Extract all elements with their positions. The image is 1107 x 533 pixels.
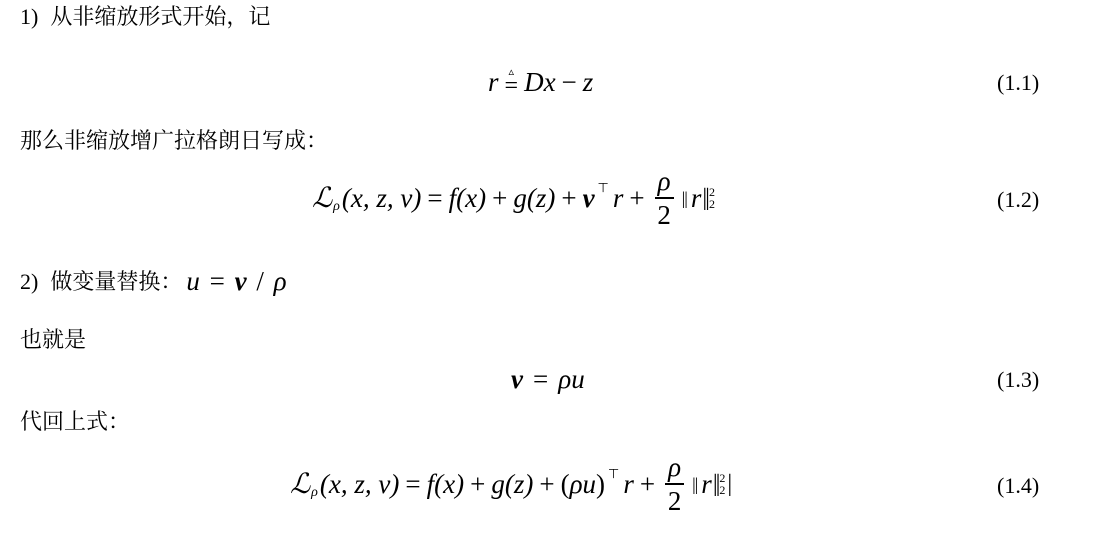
step2-math: u = ν / ρ <box>186 268 286 295</box>
eq1-4-r: r <box>623 471 634 498</box>
eq1-4-norm-sub: 2 <box>719 484 725 496</box>
eq1-1-z: z <box>583 69 594 96</box>
eq1-3-u: u <box>571 366 585 393</box>
step2-rho: ρ <box>274 266 287 296</box>
eq1-4-L: ℒ <box>290 470 310 498</box>
eq1-2-gz: (z) <box>527 185 556 212</box>
step2-text: 做变量替换： <box>50 271 182 293</box>
eq1-2-fx: (x) <box>456 185 486 212</box>
equation-number-1-4: (1.4) <box>997 475 1039 497</box>
eq1-4-fraction: ρ 2 <box>665 454 684 515</box>
eq1-3-nu: ν <box>511 366 523 393</box>
eq1-2-plus3: + <box>629 185 644 212</box>
equation-1-1: r ▵ = Dx − z <box>488 66 593 98</box>
eq1-2-norm-close: || <box>702 186 708 210</box>
eq1-3-rho: ρ <box>558 366 571 393</box>
eq1-3-equals: = <box>533 366 548 393</box>
eq1-4-paren-open: ( <box>561 471 570 498</box>
step2-line: 2)做变量替换： u = ν / ρ <box>20 268 287 295</box>
that-is-line: 也就是 <box>20 329 86 351</box>
eq1-2-frac-den: 2 <box>657 199 671 229</box>
eq1-1-lhs: r <box>488 69 499 96</box>
equation-number-1-1: (1.1) <box>997 72 1039 94</box>
eq1-2-norm-scripts: 2 2 <box>709 186 715 210</box>
eq1-4-rho: ρ <box>570 471 583 498</box>
eq1-4-norm-open: || <box>692 475 697 493</box>
equation-1-4: ℒρ (x, z, ν) = f(x) + g(z) + (ρu)⊤r + ρ … <box>290 454 732 515</box>
eq1-1-x: x <box>544 69 556 96</box>
eq1-4-f: f <box>427 471 435 498</box>
eq1-1-D: D <box>524 69 544 96</box>
eq1-2-L: ℒ <box>312 184 332 212</box>
step2-number: 2) <box>20 271 38 293</box>
eq1-2-plus1: + <box>492 185 507 212</box>
eq1-4-L-sub: ρ <box>311 486 318 500</box>
equation-1-2: ℒρ (x, z, ν) = f(x) + g(z) + ν⊤r + ρ 2 |… <box>312 168 715 229</box>
eq1-4-equals: = <box>405 471 420 498</box>
eq1-4-trailing-bar: | <box>727 472 732 496</box>
eq1-4-paren-close: ) <box>596 471 605 498</box>
eq1-2-norm-sub: 2 <box>709 198 715 210</box>
eq1-2-args: (x, z, ν) <box>342 185 421 212</box>
eq1-4-norm-close: || <box>713 472 719 496</box>
step2-equals: = <box>210 266 225 296</box>
substitute-back-line: 代回上式： <box>20 411 130 433</box>
eq1-4-args: (x, z, ν) <box>320 471 399 498</box>
eq1-2-f: f <box>449 185 457 212</box>
eq1-2-L-sub: ρ <box>333 200 340 214</box>
step2-slash: / <box>256 266 264 296</box>
eq1-4-frac-num: ρ <box>665 454 684 483</box>
transpose-icon: ⊤ <box>598 182 609 195</box>
step2-u: u <box>186 266 200 296</box>
equation-number-1-2: (1.2) <box>997 189 1039 211</box>
eq1-4-norm-var: r <box>701 471 712 498</box>
eq1-1-minus: − <box>562 69 577 96</box>
eq1-2-equals: = <box>427 185 442 212</box>
eq1-4-u: u <box>583 471 597 498</box>
eq1-2-fraction: ρ 2 <box>655 168 674 229</box>
eq1-4-fx: (x) <box>434 471 464 498</box>
eq1-2-norm-open: || <box>682 189 687 207</box>
eq1-4-plus1: + <box>470 471 485 498</box>
equation-number-1-3: (1.3) <box>997 369 1039 391</box>
eq1-4-frac-den: 2 <box>668 485 682 515</box>
eq1-4-gz: (z) <box>505 471 534 498</box>
eq1-4-plus2: + <box>539 471 554 498</box>
eq1-2-plus2: + <box>561 185 576 212</box>
step1-text: 从非缩放形式开始，记 <box>50 4 270 29</box>
step1-number: 1) <box>20 4 38 29</box>
eq1-2-g: g <box>513 185 527 212</box>
equation-1-3: ν = ρu <box>511 366 585 393</box>
eq1-1-defeq-symbol: ▵ = <box>505 66 519 98</box>
eq1-4-norm-scripts: 2 2 <box>719 472 725 496</box>
eq1-2-frac-num: ρ <box>655 168 674 197</box>
step1-line: 1)从非缩放形式开始，记 <box>20 6 270 28</box>
eq1-2-r: r <box>613 185 624 212</box>
eq1-4-g: g <box>491 471 505 498</box>
eq1-2-norm-var: r <box>691 185 702 212</box>
step2-nu: ν <box>235 266 247 296</box>
unscaled-augmented-lagrangian-line: 那么非缩放增广拉格朗日写成： <box>20 130 328 152</box>
eq1-4-plus3: + <box>640 471 655 498</box>
transpose-icon: ⊤ <box>608 468 619 481</box>
eq1-2-nu: ν <box>583 185 595 212</box>
